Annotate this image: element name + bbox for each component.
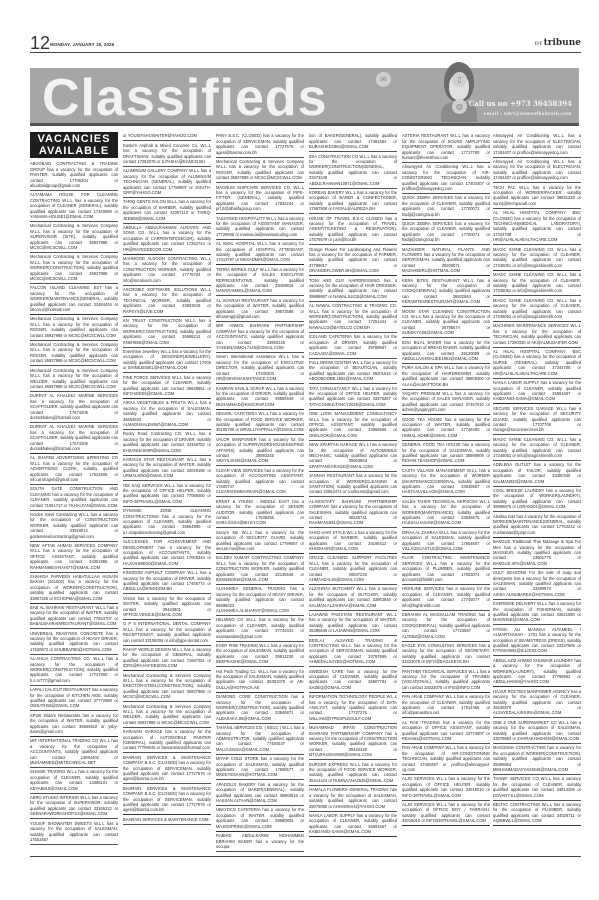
classified-ad: Venice has a vacancy for the occupation … xyxy=(123,594,211,620)
classified-ad: KOREAN BAKERY W.L.L has a vacancy for th… xyxy=(309,189,397,215)
classified-ad: RAHAF WORLD DESIGN W.L.L has a vacancy f… xyxy=(123,646,211,672)
classified-ad: ABDULLA ABDULRAHMAN ALRAYES AND SONS CO.… xyxy=(123,224,211,255)
classified-ad: HAMALA FLOWERS GENERAL TRADING has a vac… xyxy=(309,786,397,812)
classified-ad: AL RAK TRADING has a vacancy for the occ… xyxy=(402,718,490,744)
classified-ad: APADOLIS BAKERY has a vacancy for the oc… xyxy=(216,780,304,806)
classified-ad: NEW AFTAB AHMAD SERVICES COMPANY W.L.L h… xyxy=(30,542,118,573)
classified-ad: AL-MOSTAFY BAHRAINI PARTNERSHIP COMPANY … xyxy=(309,497,397,528)
heading-line-2: AVAILABLE xyxy=(30,145,118,157)
classified-ad: ALZAHRAA BUTCHERY W.L.L has a vacancy fo… xyxy=(309,585,397,611)
classified-ad: VALOR MANPOWER has a vacancy for the occ… xyxy=(216,435,304,466)
classified-ad: FATIMA ALI MANNAA ALTAMEEL / ALMARTASSAH… xyxy=(493,625,581,656)
ad-column-1: VACANCIES AVAILABLE ABUOBAID CONTRACTING… xyxy=(30,132,118,845)
classified-ad: AXCROBIZ SOFTWARE SOLUTIONS W.L.L has a … xyxy=(123,286,211,317)
classified-ad: COOL BREEZE LAUNDRY has a vacancy for th… xyxy=(493,487,581,513)
classified-ad: AL HILAL HOSPITAL COMPANY -BSC (CLOSED) … xyxy=(493,209,581,245)
classified-ad: ASTERIA RESTAURANT W.L.L has a vacancy f… xyxy=(402,132,490,163)
classified-ad: TASHYEED HOSPITALITY W.L.L has a vacancy… xyxy=(216,214,304,240)
classified-ad: FALCON ISLAND CLEANING EST has a vacancy… xyxy=(30,284,118,315)
classified-ad: NAHLA LABOR SUPPLY has a vacancy for the… xyxy=(493,379,581,405)
classified-ad: LAPALI CALICUT RESTAURANT has a vacancy … xyxy=(30,686,118,712)
classified-ad: BAHRAIN SERVICES & MAINTENANCE COMPANY B… xyxy=(123,753,211,784)
classified-ad: G P S INTERNATIONAL DENTAL COMPANY W.L.L… xyxy=(123,620,211,646)
banner-underline xyxy=(30,123,579,126)
mobile-phone-icon: ▯ xyxy=(452,72,467,87)
classified-ad: MAGNUM SHIPCARE SERVICES CO. W.L.L has a… xyxy=(216,183,304,214)
classified-ad: NEHARL CAFETERIA W.L.L has a vacancy for… xyxy=(216,410,304,436)
classified-ad: PAN ARAB COMPANY W.L.L has a vacancy for… xyxy=(402,693,490,719)
classified-ad: HELMINO CO W.L.L has a vacancy for the o… xyxy=(216,616,304,642)
classified-ad: TAHANIL SERVICES CO. ( BSCC ) W.L.L has … xyxy=(216,724,304,755)
classified-ad: KAMRAN KHALIL SCRAP W.L.L has a vacancy … xyxy=(216,384,304,410)
classified-ad: MAGIC SHINE CLEANING CO. W.L.L has a vac… xyxy=(493,435,581,461)
classified-ad: ALYAMAMA HOUSE FOR CLEANING CONTRACTING … xyxy=(30,191,118,222)
ad-column-2: or YOUSIFSHOWAITER@YAHOO.COMEastern Asph… xyxy=(123,132,211,825)
classified-ad: SHAHIDA PARVEEN HABATULLAH HUSAIN BAKSH … xyxy=(30,573,118,604)
classified-ad: ERNST & YOUNG - MIDDLE EAST has a vacanc… xyxy=(216,497,304,528)
classified-ad: INFORMATION TECHNOLOGY PEOPLE W.L.L has … xyxy=(309,693,397,724)
classified-ad: ALSHAMEA GENERAL TRADING has a vacancy f… xyxy=(216,585,304,616)
classified-ad: Alsafaa Gas has a vacancy for the occupa… xyxy=(493,512,581,538)
classified-ad: AL-AHLIA CONTRACTING CO. W.L.L has a vac… xyxy=(30,655,118,686)
classified-ad: SHAD HAIR STYLE W.L.L has a vacancy for … xyxy=(309,528,397,554)
classified-ad: AL HIJARAH RESTAURANT has a vacancy for … xyxy=(216,296,304,322)
classified-ad: Almoayyed Air Conditioning W.L.L has a v… xyxy=(402,163,490,194)
classified-ad: JANNAH RESTAURANT has a vacancy for the … xyxy=(309,472,397,498)
classified-ad: Rocky Road Contracting CO. W.L.L has a v… xyxy=(123,430,211,456)
classified-ad: FLAIR CONTRACTING MAINTENANCE SERVICES W… xyxy=(402,554,490,585)
classified-ad: BAHRAIN SERVICES & MAINTENANCE COMPANY B… xyxy=(123,784,211,815)
classified-ad: Mechanical Contracting & Services Compan… xyxy=(30,315,118,341)
classified-ad: SPUB Sliders Restaurants has a vacancy f… xyxy=(30,711,118,737)
classified-ad: ABDUL AZIZ AHMED KHUWAIR LAUNDRY has a v… xyxy=(493,656,581,687)
classified-ad: KARACHI STAR RESTAURANT W.L.L has a vaca… xyxy=(123,456,211,482)
classified-ad: BANGUS Traditional Thai Massage & Spa Fo… xyxy=(493,538,581,569)
classified-ad: BOU BILAL BAKER has a vacancy for the oc… xyxy=(402,338,490,364)
classified-ad: FINE FORCE SERVICES W.L.L has a vacancy … xyxy=(123,373,211,399)
classified-ad: AL SHAFEB ADVERTISING &PRINTING CO W.L.L… xyxy=(30,454,118,485)
classified-ad: DIAMOND CORE CONSTRUCTION has a vacancy … xyxy=(216,693,304,724)
classified-ad: Mechanical Contracting & Services Compan… xyxy=(30,341,118,367)
classified-ad: SECURE SERVICES GARAGE W.L.L has a vacan… xyxy=(493,404,581,435)
classified-ad: KINGDOM ASPHALT COMPANY W.L.L has a vaca… xyxy=(123,569,211,595)
classified-ad: DIRAA AL ZAHRAA W.L.L has a vacancy for … xyxy=(402,528,490,554)
classified-ad: IDIA CONSTRUCTION CO W.L.L has a vacancy… xyxy=(309,152,397,188)
classified-ad: FULL BROW CENTER W.L.L has a vacancy for… xyxy=(309,359,397,385)
classified-ad: ALUMINIUM GALLERY COMPANY W.L.L has a va… xyxy=(123,167,211,198)
classified-ad: Mechanical Contracting & Services Compan… xyxy=(30,253,118,284)
classified-ad: Mechanical Contracting & Services Compan… xyxy=(123,671,211,702)
classified-ad: EVER PINE TRADING W.L.L has a vacancy fo… xyxy=(216,642,304,668)
masthead: 12 MONDAY, JANUARY 19, 2026 DTtribune xyxy=(30,34,581,53)
envelope-icon: ✉ xyxy=(376,72,391,87)
globe-icon: ◍ xyxy=(452,99,467,114)
classified-ad: KERA BITES RESTAURANT W.L.L has a vacanc… xyxy=(402,276,490,307)
classified-ad: MAZAHEER NATURAL PLANTS AND FLOWERS has … xyxy=(402,245,490,276)
classified-ad: CLEAR VIEW SERVICES has a vacancy for th… xyxy=(216,466,304,497)
classified-ad: YAQARY PREMIUM W.L.L has a vacancy for t… xyxy=(402,390,490,416)
classified-ad: BAB AL BAHRAIN RESTAURANT W.L.L has a va… xyxy=(30,604,118,630)
classified-ad: ABUOBAID CONTRACTING & TRADING GROUP has… xyxy=(30,160,118,191)
classified-ad: TECH PAC W.L.L has a vacancy for the occ… xyxy=(493,183,581,209)
classified-ad: Seven International Assistance W.L.L has… xyxy=(216,353,304,384)
classified-ad: TERRA WORKS GULF W.L.L has a vacancy for… xyxy=(216,265,304,296)
classified-ad: YOUSIF SHOWAITER SWEETS W.L.L has a vaca… xyxy=(30,819,118,845)
classified-ad: Mechanical Contracting & Services Compan… xyxy=(216,158,304,184)
classified-ad: EAGLE EYE CONSULTING SERVICES has a vaca… xyxy=(402,642,490,668)
classified-ad: MASOOMA CONTRACTING has a vacancy for th… xyxy=(493,744,581,775)
classified-ad: BALDEV KUMAR CONTRACTING COMPANY W.L.L h… xyxy=(216,554,304,585)
classified-ad: ICELAND CAFETERIA has a vacancy for the … xyxy=(309,333,397,359)
classified-ad: BURGER EXPRESS W.L.L has a vacancy for t… xyxy=(309,760,397,786)
classified-ad: HIGHLINE SERVICES has a vacancy for the … xyxy=(402,585,490,611)
classified-ad: Mechanical Contracting & Services Compan… xyxy=(30,366,118,392)
classified-ad: GOOD TEA HOUSE has a vacancy for the occ… xyxy=(402,415,490,441)
contact-area: ✉ ▯ ◍ Call us on +973 36458394 email : a… xyxy=(360,68,579,123)
classified-ad: ONE 2 ONE SUPERMARKET CO W.L.L has a vac… xyxy=(493,718,581,744)
classified-ad: Hot Pack Trading Co. W.L.L has a vacancy… xyxy=(216,667,304,693)
ad-column-5: ASTERIA RESTAURANT W.L.L has a vacancy f… xyxy=(402,132,490,826)
classified-ad: TATA CONSULTANCY W.L.L has a vacancy for… xyxy=(309,384,397,410)
classified-ad: GRACE CLEANING SUPPORT FACILITIES W.L.L … xyxy=(309,554,397,585)
classified-ad: AL NAWAL CONTRACTING & TRADING CO. W.L.L… xyxy=(309,302,397,333)
classified-ad: KARAVAN GARAGE has a vacancy for the occ… xyxy=(123,728,211,754)
classified-ad: MUHAMMAD IRFAN CONSTRUCTION BAHRAINI PAR… xyxy=(309,724,397,760)
newspaper-logo: DTtribune xyxy=(535,38,582,48)
heading-line-1: VACANCIES xyxy=(30,133,118,145)
issue-date: MONDAY, JANUARY 19, 2026 xyxy=(50,42,114,47)
classified-ad: BEELAJ ALSAYED TRADING & CONTRACTING W.L… xyxy=(309,636,397,667)
classified-ad: MIT INTERNATIONAL TRADING CO W.L.L has a… xyxy=(30,737,118,768)
classified-ad: Orange Flower For Landscaping And Flower… xyxy=(309,245,397,276)
classified-ad: THANIF SERVICES CO W.L.L has a vacancy f… xyxy=(493,775,581,801)
classified-ad: EBRAHIM AL MASSALLAM TRADING has a vacan… xyxy=(402,611,490,642)
classified-ad: MAGIC SHINE CLEANING CO. W.L.L has a vac… xyxy=(493,296,581,322)
logo-emblem-icon: DT xyxy=(535,41,543,47)
classified-ad: Evershine Jewellery W.L.L has a vacancy … xyxy=(123,348,211,374)
classified-ad: DURRAT AL KHALEEJ MARINE SERVICES has a … xyxy=(30,392,118,423)
ad-column-4: tion of BAKER(GENERAL), suitably qualifi… xyxy=(309,132,397,837)
classified-ad: UNIVERSAL READYMIX CONCRETE has a vacanc… xyxy=(30,629,118,655)
classified-ad: EVERWISE DELIVERY W.L.L has a vacancy fo… xyxy=(493,600,581,626)
call-us-phone[interactable]: Call us on +973 36458394 xyxy=(469,99,572,108)
classified-ad: PURA SALON & SPA W.L.L has a vacancy for… xyxy=(402,364,490,390)
classified-ad: DYNAMIC ZONE CLEANING CONSTRUCTIONS has … xyxy=(123,507,211,538)
classified-ad: LAJAWAB PAKISTANI RESTAURANT W.L.L has a… xyxy=(309,611,397,637)
vacancies-available-heading: VACANCIES AVAILABLE xyxy=(30,132,118,158)
classified-ad: PANY B.S.C. (CLOSED) has a vacancy for t… xyxy=(216,132,304,158)
classified-ad: MIYAR COLD STORE has a vacancy for the o… xyxy=(216,755,304,781)
classified-ad: TONI AND GUY HAIRDRESSING has a vacancy … xyxy=(309,276,397,302)
classified-ad: KN TRUST CONSTRUCTION W.L.L has a vacanc… xyxy=(123,317,211,348)
classified-ad: PAN ARAB COMPANY W.L.L has a vacancy for… xyxy=(402,744,490,775)
classified-ad: Secure Me W.L.L has a vacancy for the oc… xyxy=(216,528,304,554)
classified-ad: SUCCESSES FOR ACHIEVEMENT AND DEVELOPMEN… xyxy=(123,538,211,569)
classified-ad: Golden Steel Contracting W.L.L has a vac… xyxy=(30,511,118,542)
classified-ad: Eastern Asphalt & Mixed Concrete Co. W.L… xyxy=(123,141,211,167)
classifieds-banner: Classifieds ✉ ▯ ◍ Call us on +973 364583… xyxy=(30,68,579,126)
classified-ad: BAHRAIN SERVICES & MAINTENANCE COM- xyxy=(123,815,211,824)
classified-ad: UBAYDCO CAFETERIA has a vacancy for the … xyxy=(216,806,304,832)
classified-ad: Almoayyed Air Conditioning W.L.L has a v… xyxy=(493,158,581,184)
classified-ad: SALEH TAHER TECHNICAL SERVICES W.L.L has… xyxy=(402,497,490,528)
brand-name: tribune xyxy=(544,38,581,48)
classified-ad: Almoayyed Air Conditioning W.L.L has a v… xyxy=(493,132,581,158)
classified-ad: ALJO SERVICES W.L.L has a vacancy for th… xyxy=(402,775,490,801)
classified-ad: AL HILAL HOSPITAL COMPANY -BSC (CLOSED) … xyxy=(493,348,581,379)
classified-ad: SWEDISH CARE has a vacancy for the occup… xyxy=(309,667,397,693)
classified-ad: Mechanical Contracting & Services Compan… xyxy=(30,222,118,253)
classified-ad: CASTA VILLAGE MANAGEMENT W.L.L has a vac… xyxy=(402,466,490,497)
classified-ad: SOUTH GATE CONSTRUCTION AND CLEANING has… xyxy=(30,485,118,511)
classified-ad: or YOUSIFSHOWAITER@YAHOO.COM xyxy=(123,132,211,141)
classified-ad: SHAMIK TRADING W.L.L has a vacancy for t… xyxy=(30,768,118,794)
classified-ad: tion of BAKER(GENERAL), suitably qualifi… xyxy=(309,132,397,152)
classified-ad: NEW SPARTAN GARAGE W.L.L has a vacancy f… xyxy=(309,441,397,472)
classified-ad: MAHMOOD ALNOOH CONTRACTING W.L.L has a v… xyxy=(123,255,211,286)
classified-ad: QUICK ZEBRA SERVICES has a vacancy for t… xyxy=(402,220,490,246)
classified-ad: AERO STUDIO INTERIOR W.L.L has a vacancy… xyxy=(30,794,118,820)
classified-ad: HAJAR ROCTIES MANPOWER AGENCY has a vaca… xyxy=(493,687,581,718)
classified-ad: ADELENA OUTLET has a vacancy for the occ… xyxy=(493,461,581,487)
classified-ad: DURRAT AL KHALEEJ MARINE SERVICES has a … xyxy=(30,423,118,454)
classified-ad: HOUSE OF TRAVEL B.S.C CLOSED has a vacan… xyxy=(309,214,397,245)
classified-ad: RABHID ABDULKARIM MOHAMMED EBRAHIM BAKER… xyxy=(216,832,304,852)
classified-ad: Mechanical Contracting & Services Compan… xyxy=(123,702,211,728)
classified-ad: ALJO SERVICES W.L.L has a vacancy for th… xyxy=(402,801,490,827)
classified-ad: MACHINES MAINTENANCE SERVICES W.L.L has … xyxy=(493,322,581,348)
classified-ad: MAGIC SHINE CLEANING CO. W.L.L has a vac… xyxy=(493,271,581,297)
classified-ad: MOON STAR CLEANING CONSTRUCTION CO. W.L.… xyxy=(402,307,490,338)
ad-column-6: Almoayyed Air Conditioning W.L.L has a v… xyxy=(493,132,581,826)
classified-ad: GULF SEASONS For the sale of soap and de… xyxy=(493,569,581,600)
classified-ad: MIR ANMOL BAHRAINI PARTNERSHIP COMPANY h… xyxy=(216,322,304,353)
classified-ad: ONE LOOK MANAGEMENT CONSULTANCY W.L.L ha… xyxy=(309,410,397,441)
classified-ad: AIRAA VEGETABLES & FRUITS W.L.L has a va… xyxy=(123,399,211,430)
advert-email[interactable]: email : advt@newsofbahrain.com xyxy=(484,112,572,117)
classified-ad: QUICK ZEBRA SERVICES has a vacancy for t… xyxy=(402,194,490,220)
classified-ad: OM SAQ SERVICES W.L.L has a vacancy for … xyxy=(123,481,211,507)
classified-ad: PANTHER TECHNICAL SERVICES W.L.L has a v… xyxy=(402,667,490,693)
ad-column-3: PANY B.S.C. (CLOSED) has a vacancy for t… xyxy=(216,132,304,852)
classified-ad: MAGIC SHINE CLEANING CO. W.L.L has a vac… xyxy=(493,245,581,271)
page-number: 12 xyxy=(30,34,50,52)
classified-ad: TARIQ GENTS SALON W.L.L has a vacancy fo… xyxy=(123,198,211,224)
page-bottom-rule xyxy=(30,856,581,857)
section-title: Classifieds xyxy=(42,70,328,126)
classified-ad: BELTAC CONTRACTING W.L.L has a vacancy f… xyxy=(493,801,581,827)
classified-ad: AL AMAL HOSPITAL W.L.L has a vacancy for… xyxy=(216,240,304,266)
classified-ad: NAHLA LABOR SUPPLY has a vacancy for the… xyxy=(309,812,397,838)
classified-ad: GENERAL FOOD TEA HOUSE has a vacancy for… xyxy=(402,441,490,467)
